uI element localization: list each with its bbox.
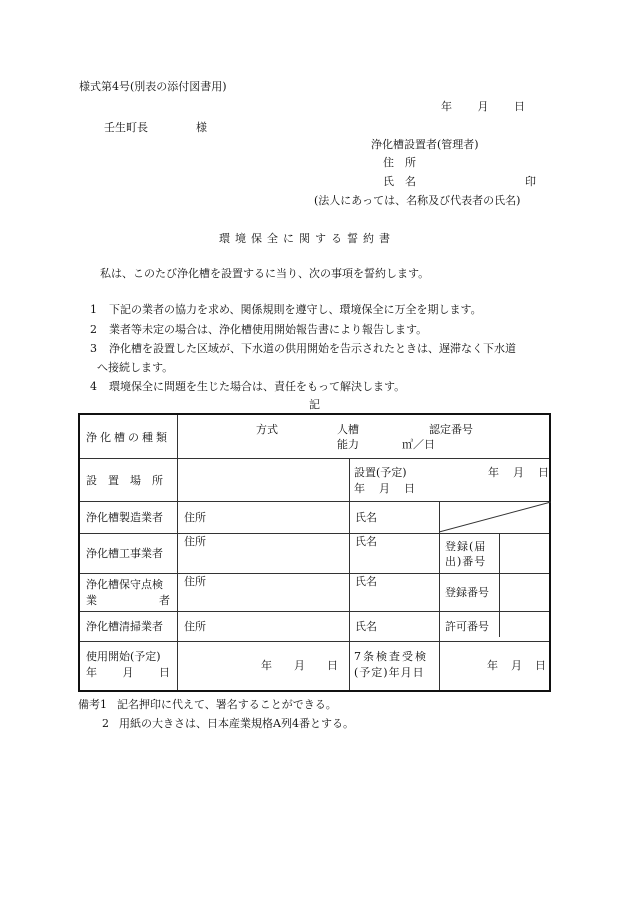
- pledge-item: 2業者等未定の場合は、浄化槽使用開始報告書により報告します。: [90, 324, 427, 335]
- cleaning-label: 浄化槽清掃業者: [86, 621, 163, 632]
- addressee: 壬生町長: [104, 122, 148, 133]
- install-date-2: 年月日: [354, 483, 415, 494]
- cleaning-permit-label: 許可番号: [445, 621, 489, 632]
- diagonal-slash: [439, 501, 551, 533]
- maintenance-address-label: 住所: [184, 576, 206, 587]
- maintenance-reg-label: 登録番号: [445, 587, 489, 598]
- maker-name-label: 氏名: [355, 512, 377, 523]
- install-date: 年月日: [488, 467, 549, 478]
- cert-number-label: 認定番号: [429, 424, 473, 435]
- cleaning-address-label: 住所: [184, 621, 206, 632]
- row-divider: [80, 611, 549, 612]
- month-label: 月: [478, 100, 489, 113]
- name-label: 氏 名: [383, 176, 416, 187]
- construction-address-label: 住所: [184, 536, 206, 547]
- row-divider: [80, 573, 549, 574]
- row-divider: [80, 533, 549, 534]
- type-label: 浄化槽の種類: [86, 432, 170, 443]
- note-1: 備考1記名押印に代えて、署名することができる。: [78, 699, 337, 710]
- honorific: 様: [196, 122, 207, 133]
- pledge-item: 1下記の業者の協力を求め、関係規則を遵守し、環境保全に万全を期します。: [90, 304, 482, 315]
- row-divider: [80, 641, 549, 642]
- maintenance-label-2: 業者: [86, 595, 170, 606]
- col-divider: [349, 458, 350, 690]
- applicant-title: 浄化槽設置者(管理者): [371, 139, 479, 150]
- ki-label: 記: [309, 399, 320, 410]
- pledge-continuation: へ接続します。: [97, 362, 173, 373]
- method-label: 方式: [256, 424, 278, 435]
- document-title: 環境保全に関する誓約書: [219, 233, 395, 244]
- col-divider: [499, 533, 500, 637]
- inspection-label-1: 7条検査受検: [354, 651, 428, 662]
- capacity-unit: ㎥／日: [402, 439, 435, 450]
- note-2: 2用紙の大きさは、日本産業規格A列4番とする。: [102, 718, 354, 729]
- start-label-2: 年月日: [86, 667, 170, 678]
- year-label: 年: [441, 100, 452, 113]
- location-label: 設 置 場 所: [86, 475, 170, 486]
- maintenance-label-1: 浄化槽保守点検: [86, 579, 163, 590]
- form-number: 様式第4号(別表の添付図書用): [79, 81, 227, 92]
- install-planned-label: 設置(予定): [354, 467, 407, 478]
- inspection-date: 年月日: [487, 660, 546, 671]
- capacity-label: 能力: [337, 439, 359, 450]
- maker-address-label: 住所: [184, 512, 206, 523]
- start-date: 年月日: [261, 660, 338, 671]
- registration-table: 浄化槽の種類 方式 人槽 認定番号 能力 ㎥／日 設 置 場 所 設置(予定) …: [78, 413, 551, 692]
- start-label-1: 使用開始(予定): [86, 651, 161, 662]
- maker-label: 浄化槽製造業者: [86, 512, 163, 523]
- pledge-item: 3浄化槽を設置した区域が、下水道の供用開始を告示されたときは、遅滞なく下水道: [90, 343, 516, 354]
- corporation-note: (法人にあっては、名称及び代表者の氏名): [314, 195, 520, 206]
- maintenance-name-label: 氏名: [355, 576, 377, 587]
- pledge-item: 4環境保全に問題を生じた場合は、責任をもって解決します。: [90, 381, 405, 392]
- construction-name-label: 氏名: [355, 536, 377, 547]
- date-line: 年 月 日: [441, 101, 525, 112]
- persons-label: 人槽: [337, 424, 359, 435]
- cleaning-name-label: 氏名: [355, 621, 377, 632]
- construction-label: 浄化槽工事業者: [86, 548, 163, 559]
- intro-text: 私は、このたび浄化槽を設置するに当り、次の事項を誓約します。: [100, 268, 429, 279]
- day-label: 日: [514, 100, 525, 113]
- address-label: 住 所: [383, 157, 416, 168]
- col-divider: [177, 415, 178, 690]
- seal-mark: 印: [525, 176, 536, 187]
- row-divider: [80, 458, 549, 459]
- inspection-label-2: (予定)年月日: [354, 667, 425, 678]
- construction-reg-label: 登録(届出)番号: [445, 539, 495, 569]
